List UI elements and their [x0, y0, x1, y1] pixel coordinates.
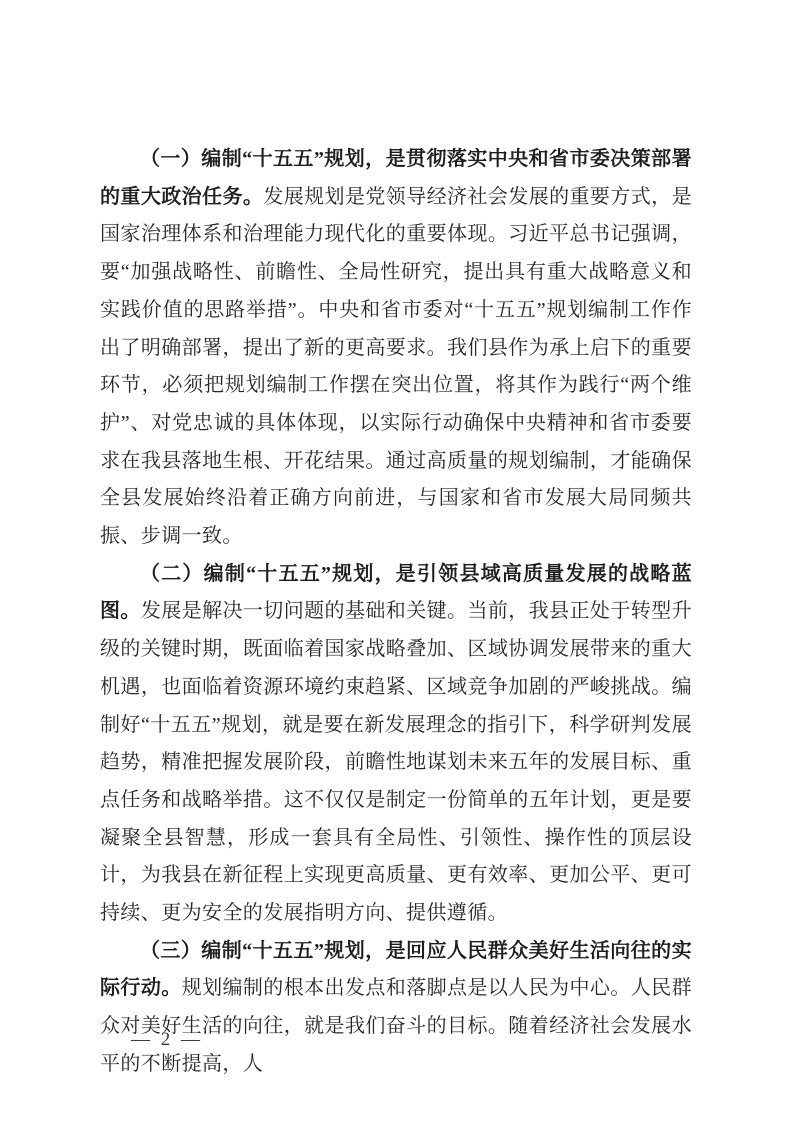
document-body: （一）编制“十五五”规划，是贯彻落实中央和省市委决策部署的重大政治任务。发展规划…: [100, 141, 692, 1084]
paragraph-2: （二）编制“十五五”规划，是引领县域高质量发展的战略蓝图。发展是解决一切问题的基…: [100, 556, 692, 933]
paragraph-1-body: 发展规划是党领导经济社会发展的重要方式，是国家治理体系和治理能力现代化的重要体现…: [100, 186, 692, 547]
paragraph-2-body: 发展是解决一切问题的基础和关键。当前，我县正处于转型升级的关键时期，既面临着国家…: [100, 600, 692, 924]
document-page: （一）编制“十五五”规划，是贯彻落实中央和省市委决策部署的重大政治任务。发展规划…: [0, 0, 793, 1122]
paragraph-1: （一）编制“十五五”规划，是贯彻落实中央和省市委决策部署的重大政治任务。发展规划…: [100, 141, 692, 556]
paragraph-3: （三）编制“十五五”规划，是回应人民群众美好生活向往的实际行动。规划编制的根本出…: [100, 933, 692, 1084]
page-number: — 2 —: [131, 1029, 203, 1051]
paragraph-3-body: 规划编制的根本出发点和落脚点是以人民为中心。人民群众对美好生活的向往，就是我们奋…: [100, 977, 692, 1074]
